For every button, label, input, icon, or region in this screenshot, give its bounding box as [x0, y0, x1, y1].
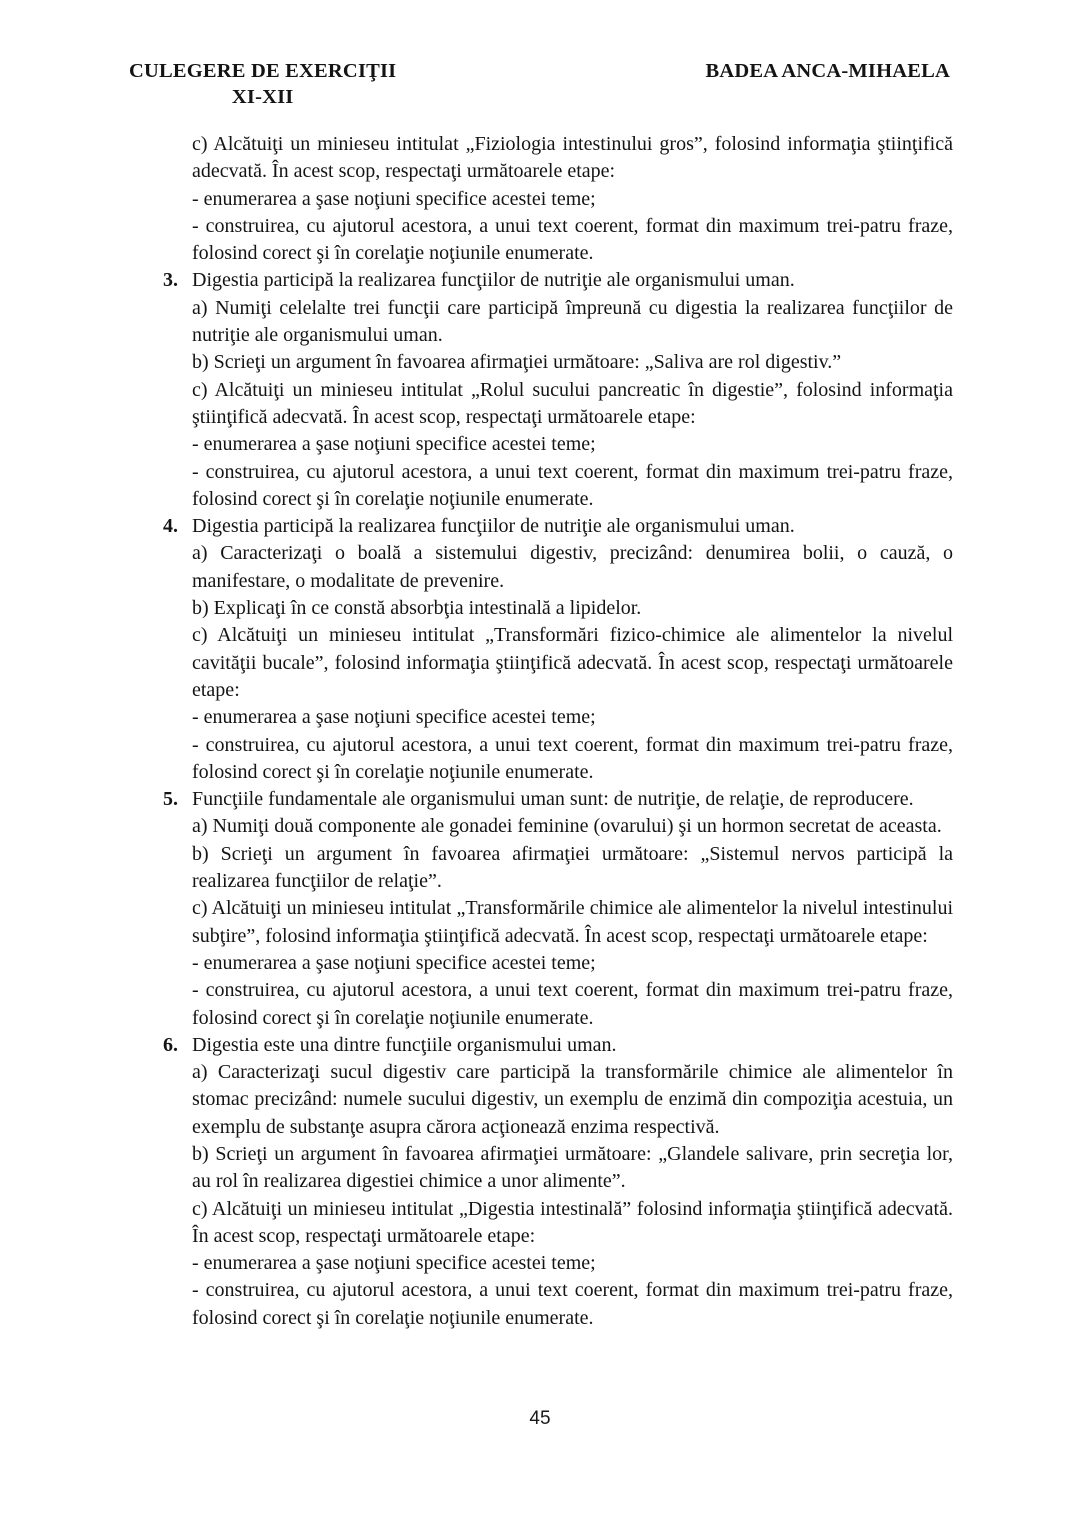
- paragraph-task-b: b) Explicaţi în ce constă absorbţia inte…: [192, 595, 953, 622]
- page-number: 45: [0, 1408, 1080, 1430]
- paragraph-task-a: a) Caracterizaţi o boală a sistemului di…: [192, 540, 953, 595]
- paragraph-task-a: a) Numiţi două componente ale gonadei fe…: [192, 813, 953, 840]
- paragraph-task-c: c) Alcătuiţi un minieseu intitulat „Dige…: [192, 1196, 953, 1251]
- book-title: CULEGERE DE EXERCIŢII: [129, 58, 396, 84]
- document-page: CULEGERE DE EXERCIŢII XI-XII BADEA ANCA-…: [0, 0, 1080, 1527]
- book-title-block: CULEGERE DE EXERCIŢII XI-XII: [129, 58, 396, 110]
- paragraph-task-b: b) Scrieţi un argument în favoarea afirm…: [192, 349, 953, 376]
- paragraph-task-b: b) Scrieţi un argument în favoarea afirm…: [192, 841, 953, 896]
- paragraph-task-c: c) Alcătuiţi un minieseu intitulat „Rolu…: [192, 377, 953, 432]
- paragraph-step-2: - construirea, cu ajutorul acestora, a u…: [192, 1277, 953, 1332]
- exercise-continuation-block: c) Alcătuiţi un minieseu intitulat „Fizi…: [192, 131, 953, 267]
- item-number: 5.: [163, 786, 178, 813]
- author-name: BADEA ANCA-MIHAELA: [706, 58, 951, 84]
- exercise-item-5: 5. Funcţiile fundamentale ale organismul…: [192, 786, 953, 1032]
- exercise-item-3: 3. Digestia participă la realizarea func…: [192, 267, 953, 513]
- paragraph-step-1: - enumerarea a şase noţiuni specifice ac…: [192, 431, 953, 458]
- item-number: 4.: [163, 513, 178, 540]
- paragraph-step-1: - enumerarea a şase noţiuni specifice ac…: [192, 1250, 953, 1277]
- paragraph-step-1: - enumerarea a şase noţiuni specifice ac…: [192, 950, 953, 977]
- exercise-item-6: 6. Digestia este una dintre funcţiile or…: [192, 1032, 953, 1332]
- item-number: 3.: [163, 267, 178, 294]
- paragraph-task-a: a) Caracterizaţi sucul digestiv care par…: [192, 1059, 953, 1141]
- paragraph-step-2: - construirea, cu ajutorul acestora, a u…: [192, 977, 953, 1032]
- paragraph-task-a: a) Numiţi celelalte trei funcţii care pa…: [192, 295, 953, 350]
- paragraph-step-2: - construirea, cu ajutorul acestora, a u…: [192, 732, 953, 787]
- paragraph-step-1: - enumerarea a şase noţiuni specifice ac…: [192, 704, 953, 731]
- paragraph-lead: Funcţiile fundamentale ale organismului …: [192, 786, 953, 813]
- page-header: CULEGERE DE EXERCIŢII XI-XII BADEA ANCA-…: [129, 58, 950, 110]
- paragraph-step-2: - construirea, cu ajutorul acestora, a u…: [192, 459, 953, 514]
- item-number: 6.: [163, 1032, 178, 1059]
- exercise-item-4: 4. Digestia participă la realizarea func…: [192, 513, 953, 786]
- paragraph-task-b: b) Scrieţi un argument în favoarea afirm…: [192, 1141, 953, 1196]
- paragraph-lead: Digestia participă la realizarea funcţii…: [192, 267, 953, 294]
- paragraph-task-c: c) Alcătuiţi un minieseu intitulat „Tran…: [192, 622, 953, 704]
- page-body: c) Alcătuiţi un minieseu intitulat „Fizi…: [192, 131, 953, 1332]
- paragraph-lead: Digestia participă la realizarea funcţii…: [192, 513, 953, 540]
- paragraph-step-2: - construirea, cu ajutorul acestora, a u…: [192, 213, 953, 268]
- paragraph-lead: Digestia este una dintre funcţiile organ…: [192, 1032, 953, 1059]
- paragraph-step-1: - enumerarea a şase noţiuni specifice ac…: [192, 186, 953, 213]
- book-subtitle: XI-XII: [129, 84, 396, 110]
- paragraph-task-c: c) Alcătuiţi un minieseu intitulat „Fizi…: [192, 131, 953, 186]
- paragraph-task-c: c) Alcătuiţi un minieseu intitulat „Tran…: [192, 895, 953, 950]
